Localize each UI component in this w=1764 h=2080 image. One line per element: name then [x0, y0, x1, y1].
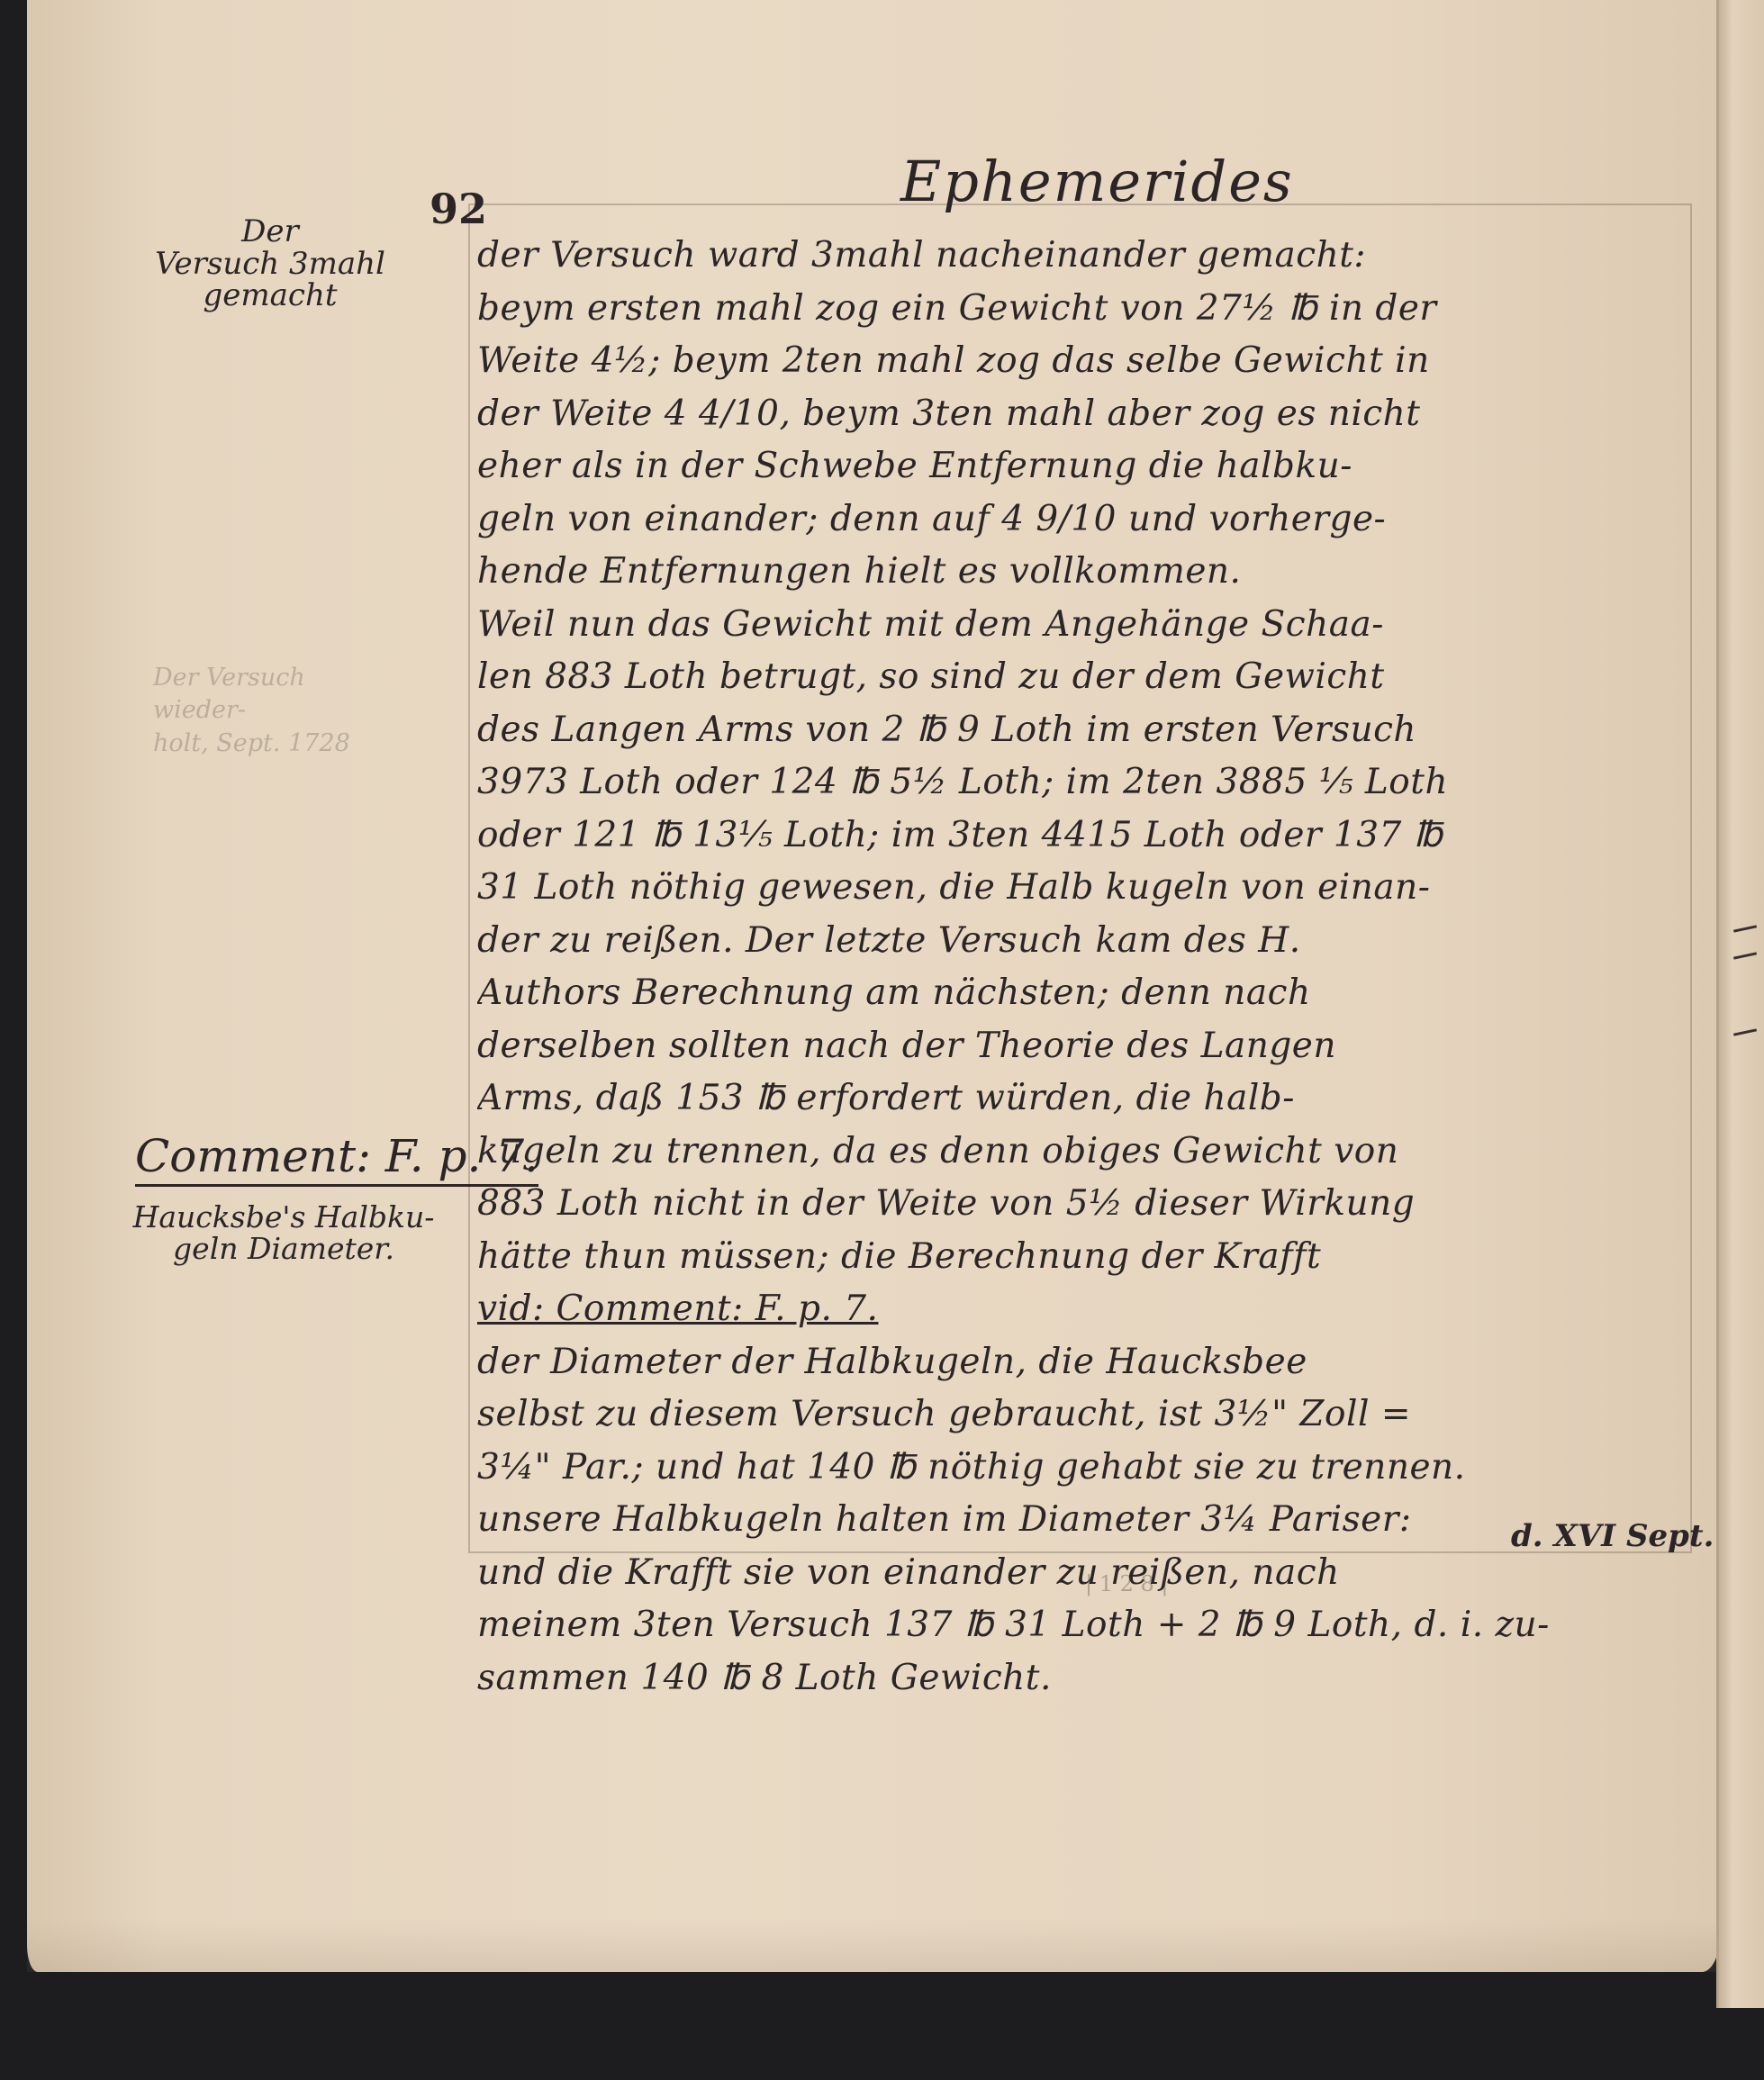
margin-note-line: Der [131, 216, 410, 249]
faded-bleedthrough-note: Der Versuch wieder- holt, Sept. 1728 [153, 662, 351, 760]
faded-note-line: holt, Sept. 1728 [153, 728, 351, 760]
ink-stroke [1733, 1028, 1757, 1035]
manuscript-page: Ephemerides 92 Der Versuch 3mahl gemacht… [27, 0, 1720, 1972]
text-line: und die Krafft sie von einander zu reiße… [477, 1547, 1684, 1600]
margin-note-line: geln Diameter. [126, 1234, 441, 1265]
text-line: der Versuch ward 3mahl nacheinander gema… [477, 230, 1684, 283]
text-line: kugeln zu trennen, da es denn obiges Gew… [477, 1126, 1684, 1179]
ink-stroke [1733, 952, 1757, 959]
text-line: der zu reißen. Der letzte Versuch kam de… [477, 915, 1684, 968]
text-line: Weil nun das Gewicht mit dem Angehänge S… [477, 599, 1684, 652]
text-line: meinem 3ten Versuch 137 ℔ 31 Loth + 2 ℔ … [477, 1599, 1684, 1652]
date-note: d. XVI Sept. [1511, 1518, 1714, 1554]
text-line: geln von einander; denn auf 4 9/10 und v… [477, 493, 1684, 547]
page-number: 92 [430, 185, 487, 233]
text-line: 31 Loth nöthig gewesen, die Halb kugeln … [477, 862, 1684, 915]
page-title: Ephemerides [900, 149, 1294, 214]
text-line: oder 121 ℔ 13⅕ Loth; im 3ten 4415 Loth o… [477, 809, 1684, 863]
text-line: eher als in der Schwebe Entfernung die h… [477, 440, 1684, 493]
faint-bleedthrough-marks: | 1 2 8 | [1085, 1571, 1169, 1596]
text-line: unsere Halbkugeln halten im Diameter 3¼ … [477, 1494, 1684, 1547]
margin-note-line: gemacht [131, 280, 410, 312]
text-line: 3973 Loth oder 124 ℔ 5½ Loth; im 2ten 38… [477, 756, 1684, 809]
text-line: hende Entfernungen hielt es vollkommen. [477, 546, 1684, 599]
text-line: hätte thun müssen; die Berechnung der Kr… [477, 1231, 1684, 1284]
faded-note-line: Der Versuch wieder- [153, 662, 351, 728]
text-line: sammen 140 ℔ 8 Loth Gewicht. [477, 1652, 1684, 1705]
text-line: Arms, daß 153 ℔ erfordert würden, die ha… [477, 1072, 1684, 1126]
text-line: der Weite 4 4/10, beym 3ten mahl aber zo… [477, 388, 1684, 441]
margin-note-line: Haucksbe's Halbku- [126, 1202, 441, 1234]
text-line: beym ersten mahl zog ein Gewicht von 27½… [477, 283, 1684, 336]
text-line: des Langen Arms von 2 ℔ 9 Loth im ersten… [477, 704, 1684, 757]
text-line: 3¼" Par.; und hat 140 ℔ nöthig gehabt si… [477, 1442, 1684, 1495]
text-line: Authors Berechnung am nächsten; denn nac… [477, 967, 1684, 1020]
text-line: 883 Loth nicht in der Weite von 5½ diese… [477, 1178, 1684, 1231]
text-line: Weite 4½; beym 2ten mahl zog das selbe G… [477, 335, 1684, 388]
text-line: selbst zu diesem Versuch gebraucht, ist … [477, 1388, 1684, 1442]
margin-note-hauksbee: Haucksbe's Halbku- geln Diameter. [126, 1202, 441, 1264]
text-line: der Diameter der Halbkugeln, die Haucksb… [477, 1336, 1684, 1389]
margin-note-experiment: Der Versuch 3mahl gemacht [131, 216, 410, 312]
adjacent-page-edge [1716, 0, 1764, 2008]
text-line: derselben sollten nach der Theorie des L… [477, 1020, 1684, 1073]
manuscript-body: der Versuch ward 3mahl nacheinander gema… [477, 230, 1684, 1705]
margin-note-line: Versuch 3mahl [131, 249, 410, 281]
ink-stroke [1733, 925, 1757, 932]
text-line-comment-reference: vid: Comment: F. p. 7. [477, 1283, 1684, 1336]
text-line: len 883 Loth betrugt, so sind zu der dem… [477, 651, 1684, 704]
